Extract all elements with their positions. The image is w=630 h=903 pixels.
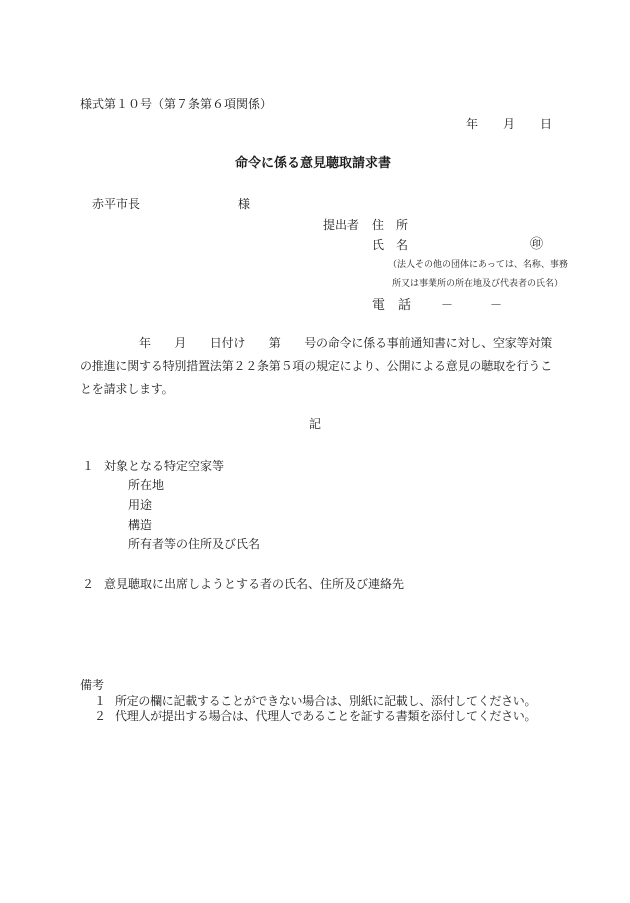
ki-heading: 記 [309,418,321,430]
phone-dash-1: － [441,299,453,311]
item-1-number: １ [82,460,94,472]
item-1-label: 対象となる特定空家等 [104,460,224,472]
addressee-honorific: 様 [238,198,250,210]
phone-dash-2: － [490,299,502,311]
item-1-sub-usage: 用途 [128,499,152,511]
address-label: 住 所 [372,219,408,231]
date-day-label: 日 [540,118,552,130]
corporate-note-line-1: （法人その他の団体にあっては、名称、事務 [388,261,568,270]
remark-1-text: 所定の欄に記載することができない場合は、別紙に記載し、添付してください。 [115,695,536,707]
name-label: 氏 名 [372,239,408,251]
item-2-number: ２ [82,578,94,590]
remark-2-number: ２ [94,710,106,722]
date-month-label: 月 [503,118,515,130]
document-title: 命令に係る意見聴取請求書 [235,157,391,170]
remark-1-number: １ [94,695,106,707]
addressee-name: 赤平市長 [92,198,140,210]
corporate-note-line-2: 所又は事業所の所在地及び代表者の氏名） [392,280,563,289]
form-number: 様式第１０号（第７条第６項関係） [80,98,272,110]
submitter-label: 提出者 [323,219,359,231]
phone-label: 電 話 [372,299,411,312]
item-1-sub-structure: 構造 [128,519,152,531]
request-body-text: 年 月 日付け 第 号の命令に係る事前通知書に対し、空家等対策の推進に関する特別… [80,332,552,401]
item-1-sub-location: 所在地 [128,479,164,491]
remark-2-text: 代理人が提出する場合は、代理人であることを証する書類を添付してください。 [115,710,536,722]
seal-icon: ㊞ [530,238,543,251]
date-year-label: 年 [466,118,478,130]
item-1-sub-owner: 所有者等の住所及び氏名 [128,538,260,550]
remarks-heading: 備考 [80,679,104,691]
item-2-label: 意見聴取に出席しようとする者の氏名、住所及び連絡先 [104,578,404,590]
